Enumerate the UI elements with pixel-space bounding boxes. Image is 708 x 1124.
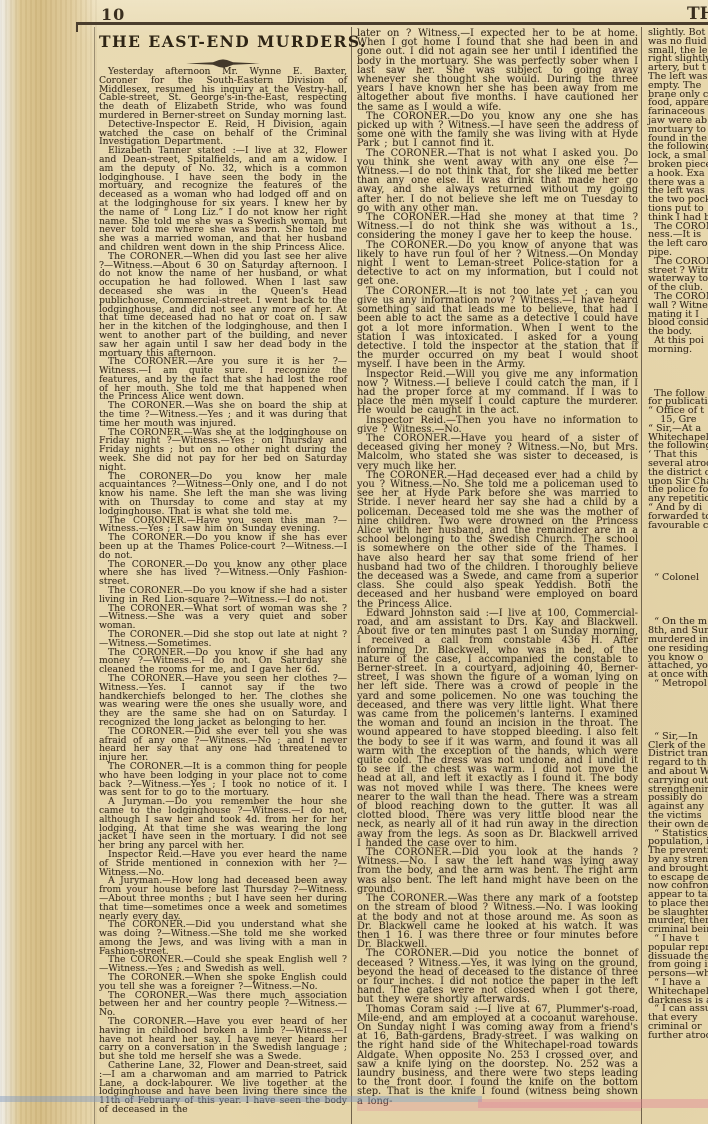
column-3-line-fragment [648, 372, 708, 381]
column-1-text: Yesterday afternoon Mr. Wynne E. Baxter,… [99, 68, 347, 1115]
article-paragraph: The CORONER.—Was she at the lodginghouse… [99, 429, 347, 473]
column-3-line-fragment [648, 601, 708, 610]
article-paragraph: The CORONER.—What sort of woman was she … [99, 605, 347, 631]
column-3-line-fragment [648, 689, 708, 698]
article-paragraph: The CORONER.—It is not too late yet ; ca… [357, 287, 638, 370]
article-paragraph: The CORONER.—Have you seen her clothes ?… [99, 675, 347, 728]
article-paragraph: The CORONER.—Do you know any one she has… [357, 112, 638, 149]
article-paragraph: A Juryman.—How long had deceased been aw… [99, 877, 347, 921]
article-paragraph: The CORONER.—Do you know if she had a si… [99, 587, 347, 605]
column-3-line-fragment: “ Colonel [648, 574, 708, 583]
column-3-line-fragment [648, 557, 708, 566]
column-3-line-fragment [648, 706, 708, 715]
article-paragraph: The CORONER.—Did she ever tell you she w… [99, 728, 347, 763]
column-3: slightly. Botwas no fluidsmall, the leri… [648, 29, 708, 1041]
headline-divider [99, 53, 347, 63]
scan-artifact-blue-stripe [0, 1096, 482, 1102]
article-paragraph: The CORONER.—Do you know if she had any … [99, 649, 347, 675]
article-paragraph: The CORONER.—Had she money at that time … [357, 213, 638, 241]
column-divider-rule-2 [641, 27, 642, 1124]
top-rule-tick [76, 22, 78, 32]
article-paragraph: The CORONER.—Have you ever heard of her … [99, 1018, 347, 1062]
headline: THE EAST-END MURDERS. [99, 32, 347, 51]
article-paragraph: Detective-Inspector E. Reid, H Division,… [99, 121, 347, 147]
column-3-line-fragment [648, 548, 708, 557]
article-paragraph: The CORONER.—Did you look at the hands ?… [357, 848, 638, 894]
article-paragraph: Inspector Reid.—Will you give me any inf… [357, 370, 638, 416]
column-1-left-rule [94, 27, 95, 1124]
article-paragraph: A Juryman.—Do you remember the hour she … [99, 798, 347, 851]
article-paragraph: The CORONER.—Did she stop out late at ni… [99, 631, 347, 649]
article-paragraph: The CORONER.—Did you notice the bonnet o… [357, 949, 638, 1004]
running-head-fragment: TH [687, 4, 708, 24]
column-3-line-fragment [648, 698, 708, 707]
article-paragraph: The CORONER.—Had deceased ever had a chi… [357, 471, 638, 609]
column-3-line-fragment [648, 592, 708, 601]
column-3-line-fragment [648, 539, 708, 548]
article-paragraph: The CORONER.—Was there much association … [99, 992, 347, 1018]
article-paragraph: The CORONER.—When did you last see her a… [99, 253, 347, 359]
article-paragraph: Edward Johnston said :—I live at 100, Co… [357, 609, 638, 848]
column-3-line-fragment: “ Metropol [648, 680, 708, 689]
article-paragraph: later on ? Witness.—I expected her to be… [357, 29, 638, 112]
article-paragraph: The CORONER.—Do you know if she has ever… [99, 534, 347, 560]
article-paragraph: Yesterday afternoon Mr. Wynne E. Baxter,… [99, 68, 347, 121]
article-paragraph: Elizabeth Tanner stated :—I live at 32, … [99, 147, 347, 253]
column-divider-rule-1 [351, 27, 352, 1124]
column-3-line-fragment [648, 354, 708, 363]
column-2: later on ? Witness.—I expected her to be… [357, 29, 638, 1106]
column-3-line-fragment [648, 715, 708, 724]
newspaper-page: { "page": { "number": "10", "right_heade… [0, 0, 708, 1124]
article-paragraph: The CORONER.—Are you sure it is her ?—Wi… [99, 358, 347, 402]
article-paragraph: The CORONER.—Have you heard of a sister … [357, 434, 638, 471]
article-paragraph: The CORONER.—It is a common thing for pe… [99, 763, 347, 798]
article-paragraph: Catherine Lane, 32, Flower and Dean-stre… [99, 1062, 347, 1115]
column-3-line-fragment: favourable co [648, 522, 708, 531]
article-paragraph: The CORONER.—Do you know any other place… [99, 561, 347, 587]
article-paragraph: The CORONER.—Do you know of anyone that … [357, 241, 638, 287]
article-paragraph: The CORONER.—Did you understand what she… [99, 921, 347, 956]
article-paragraph: Thomas Coram said :—I live at 67, Plumme… [357, 1005, 638, 1106]
column-3-line-fragment [648, 530, 708, 539]
article-paragraph: The CORONER.—Was she on board the ship a… [99, 402, 347, 428]
top-rule [76, 22, 708, 25]
column-3-line-fragment: further atroci [648, 1032, 708, 1041]
page-left-edge [0, 0, 97, 1124]
article-paragraph: Inspector Reid.—Then you have no informa… [357, 416, 638, 434]
column-3-line-fragment [648, 363, 708, 372]
scan-artifact-pink-stripe [478, 1099, 708, 1108]
article-paragraph: Inspector Reid.—Have you ever heard the … [99, 851, 347, 877]
article-paragraph: The CORONER.—That is not what I asked yo… [357, 149, 638, 213]
column-3-line-fragment: morning. [648, 346, 708, 355]
article-paragraph: The CORONER—Do you know her male acquain… [99, 473, 347, 517]
article-paragraph: The CORONER.—Was there any mark of a foo… [357, 894, 638, 949]
column-3-line-fragment [648, 583, 708, 592]
column-1: THE EAST-END MURDERS. Yesterday afternoo… [99, 29, 347, 1115]
